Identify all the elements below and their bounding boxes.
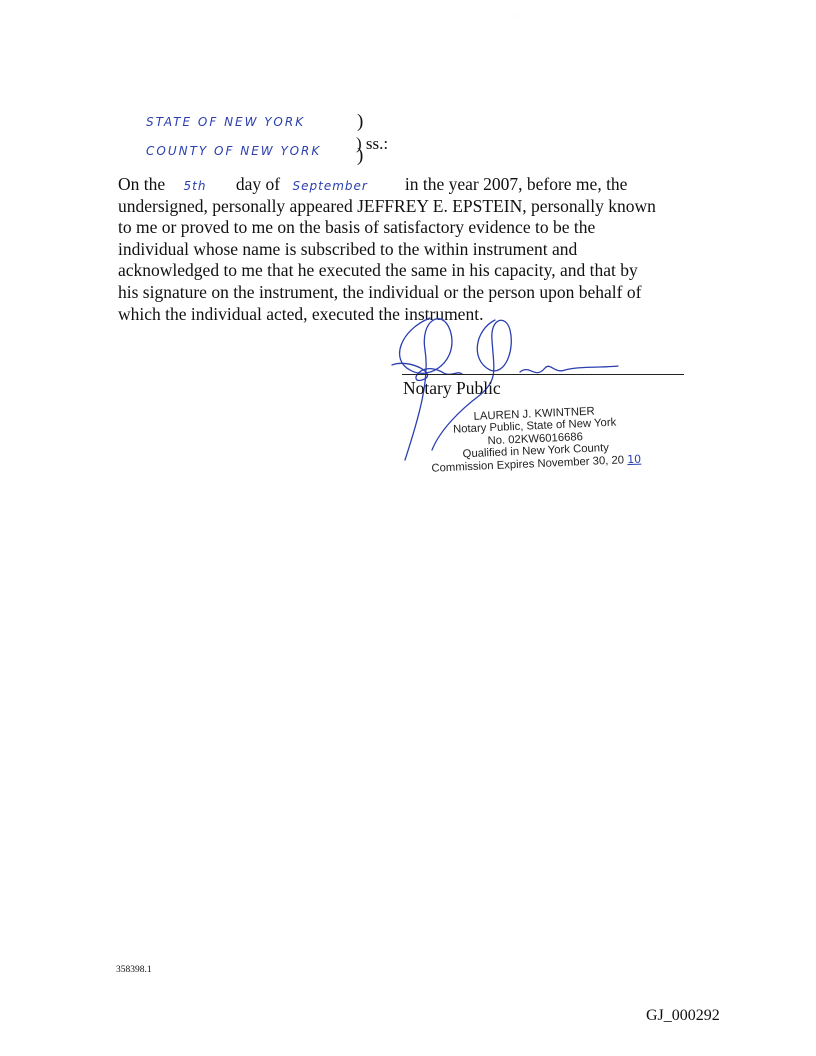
document-id: 358398.1 [116, 965, 152, 975]
ack-line-3: to me or proved to me on the basis of sa… [118, 217, 718, 239]
scan-artifact: ˙ · · [512, 14, 521, 20]
ack-line-1: On the 5th day of September in the year … [118, 174, 718, 196]
scan-artifact: · ˙ · ˙ [145, 14, 158, 20]
handwritten-day: 5th [184, 176, 232, 198]
ack-line-2: undersigned, personally appeared JEFFREY… [118, 196, 718, 218]
signature-line [402, 374, 684, 375]
notary-public-label: Notary Public [403, 378, 501, 399]
venue-paren-top: ) [357, 111, 363, 133]
ack-line-5: acknowledged to me that he executed the … [118, 260, 718, 282]
venue-county: COUNTY OF NEW YORK [146, 144, 321, 158]
notary-stamp: LAUREN J. KWINTNER Notary Public, State … [424, 403, 646, 475]
ack-on-the: On the [118, 174, 165, 194]
venue-state: STATE OF NEW YORK [146, 115, 305, 129]
ack-line-4: individual whose name is subscribed to t… [118, 239, 718, 261]
venue-paren-bottom: ) [357, 145, 363, 167]
handwritten-month: September [293, 176, 401, 198]
bates-number: GJ_000292 [646, 1007, 720, 1025]
ack-year-text: in the year 2007, before me, the [405, 174, 628, 194]
stamp-expires-year: 10 [627, 452, 642, 466]
ack-day-of: day of [236, 174, 280, 194]
